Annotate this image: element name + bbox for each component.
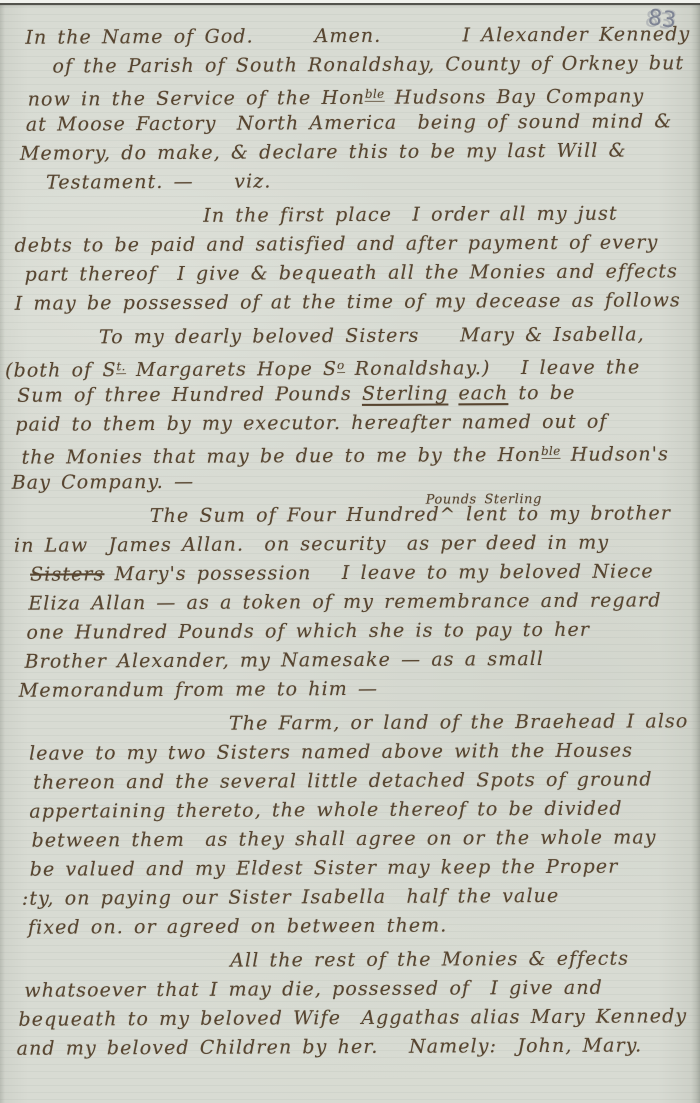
manuscript-body: In the Name of God. Amen. I Alexander Ke… — [0, 20, 700, 1069]
manuscript-line: one Hundred Pounds of which she is to pa… — [26, 615, 700, 648]
handwritten-text: appertaining thereto, the whole thereof … — [29, 798, 622, 823]
superscript-text: ble — [541, 444, 561, 459]
handwritten-text: be valued and my Eldest Sister may keep … — [30, 856, 619, 881]
paragraph: The Sum of Four HundredPounds Sterling^ … — [0, 499, 700, 706]
handwritten-text: Mary's possession I leave to my beloved … — [104, 560, 653, 585]
manuscript-line: leave to my two Sisters named above with… — [29, 736, 700, 769]
manuscript-line: :ty, on paying our Sister Isabella half … — [22, 881, 700, 914]
handwritten-text: fixed on. or agreed on between them. — [28, 914, 448, 938]
underlined-text: Sterling — [362, 382, 448, 404]
manuscript-line: All the rest of the Monies & effects — [230, 944, 700, 975]
manuscript-line: Memory, do make, & declare this to be my… — [20, 136, 698, 169]
handwritten-text: To my dearly beloved Sisters Mary & Isab… — [99, 323, 645, 348]
manuscript-line: Eliza Allan — as a token of my remembran… — [28, 586, 700, 619]
manuscript-line: part thereof I give & bequeath all the M… — [25, 257, 699, 290]
superscript-text: t. — [116, 359, 125, 374]
manuscript-line: in Law James Allan. on security as per d… — [14, 528, 700, 561]
handwritten-text: :ty, on paying our Sister Isabella half … — [22, 885, 560, 910]
handwritten-text: Hudson's — [561, 443, 669, 466]
page-number: 83 — [647, 5, 678, 33]
handwritten-text: leave to my two Sisters named above with… — [29, 740, 633, 765]
manuscript-line: now in the Service of the Honble Hudsons… — [28, 78, 698, 111]
handwritten-text: whatsoever that I may die, possessed of … — [24, 977, 603, 1002]
manuscript-line: Sisters Mary's possession I leave to my … — [30, 557, 700, 590]
handwritten-text: Testament. — viz. — [46, 170, 272, 193]
handwritten-text: Sum of three Hundred Pounds — [17, 383, 362, 407]
handwritten-text: In the Name of God. Amen. I Alexander Ke… — [25, 23, 690, 48]
manuscript-line: In the Name of God. Amen. I Alexander Ke… — [25, 20, 697, 53]
handwritten-text: in Law James Allan. on security as per d… — [14, 532, 609, 557]
inserted-text: Pounds Sterling — [426, 485, 542, 515]
handwritten-text: Memory, do make, & declare this to be my… — [20, 140, 627, 165]
manuscript-line: Brother Alexander, my Namesake — as a sm… — [25, 644, 700, 677]
handwritten-text: Memorandum from me to him — — [19, 678, 378, 702]
manuscript-line: fixed on. or agreed on between them. — [28, 910, 700, 943]
manuscript-line: thereon and the several little detached … — [33, 765, 700, 797]
handwritten-text: between them as they shall agree on or t… — [31, 826, 656, 851]
manuscript-line: debts to be paid and satisfied and after… — [14, 228, 698, 261]
handwritten-text: All the rest of the Monies & effects — [230, 948, 629, 972]
handwritten-text: Bay Company. — — [12, 471, 195, 494]
handwritten-text: Ronaldshay.) I leave the — [345, 356, 641, 380]
manuscript-line: between them as they shall agree on or t… — [31, 823, 700, 856]
manuscript-line: the Monies that may be due to me by the … — [21, 436, 699, 469]
manuscript-line: and my beloved Children by her. Namely: … — [17, 1031, 700, 1064]
handwritten-text: Hudsons Bay Company — [384, 85, 644, 108]
handwritten-text: one Hundred Pounds of which she is to pa… — [26, 619, 590, 644]
document-scan: 83 In the Name of God. Amen. I Alexander… — [0, 0, 700, 1103]
paragraph: In the Name of God. Amen. I Alexander Ke… — [0, 20, 698, 198]
struck-text: Sisters — [30, 563, 104, 585]
handwritten-text: part thereof I give & bequeath all the M… — [25, 260, 678, 285]
manuscript-line: The Sum of Four HundredPounds Sterling^ … — [150, 499, 700, 531]
handwritten-text: of the Parish of South Ronaldshay, Count… — [52, 52, 684, 77]
underlined-text: each — [458, 382, 508, 404]
handwritten-text: Brother Alexander, my Namesake — as a sm… — [25, 648, 545, 673]
handwritten-text: thereon and the several little detached … — [33, 768, 653, 793]
handwritten-text: The Farm, or land of the Braehead I also — [229, 710, 689, 734]
handwritten-text: Eliza Allan — as a token of my remembran… — [28, 589, 661, 614]
manuscript-line: at Moose Factory North America being of … — [26, 107, 698, 140]
manuscript-line: The Farm, or land of the Braehead I also — [229, 707, 700, 738]
superscript-text: ble — [365, 87, 385, 102]
handwritten-text: paid to them by my executor. hereafter n… — [15, 411, 607, 436]
handwritten-text: to be — [508, 382, 575, 404]
paragraph: All the rest of the Monies & effectswhat… — [2, 944, 700, 1064]
handwritten-text: I may be possessed of at the time of my … — [15, 289, 681, 314]
manuscript-line: Testament. — viz. — [46, 165, 698, 197]
superscript-text: o — [337, 358, 345, 373]
handwritten-text: now in the Service of the Hon — [28, 87, 366, 111]
manuscript-line: bequeath to my beloved Wife Aggathas ali… — [18, 1002, 700, 1035]
manuscript-line: whatsoever that I may die, possessed of … — [24, 973, 700, 1006]
handwritten-text: (both of S — [5, 359, 117, 382]
handwritten-text: Margarets Hope S — [126, 358, 337, 381]
paragraph: The Farm, or land of the Braehead I also… — [1, 707, 700, 943]
manuscript-line: To my dearly beloved Sisters Mary & Isab… — [99, 320, 699, 352]
manuscript-line: of the Parish of South Ronaldshay, Count… — [52, 49, 697, 81]
manuscript-line: Memorandum from me to him — — [19, 673, 700, 706]
handwritten-text: the Monies that may be due to me by the … — [21, 444, 541, 469]
handwritten-text: and my beloved Children by her. Namely: … — [17, 1034, 643, 1059]
handwritten-text: debts to be paid and satisfied and after… — [14, 231, 658, 256]
handwritten-text: at Moose Factory North America being of … — [26, 110, 673, 135]
manuscript-line: Sum of three Hundred Pounds Sterling eac… — [17, 378, 699, 411]
paragraph: To my dearly beloved Sisters Mary & Isab… — [0, 320, 700, 498]
manuscript-line: (both of St. Margarets Hope So Ronaldsha… — [5, 349, 699, 382]
page-left-edge — [0, 0, 5, 1103]
handwritten-text — [448, 382, 458, 404]
manuscript-line: be valued and my Eldest Sister may keep … — [30, 852, 700, 885]
page-right-edge — [691, 0, 700, 1103]
manuscript-line: Bay Company. — — [12, 465, 700, 498]
manuscript-line: appertaining thereto, the whole thereof … — [29, 794, 700, 827]
manuscript-line: I may be possessed of at the time of my … — [15, 286, 699, 319]
interlinear-insertion: Pounds Sterling^ — [440, 503, 456, 525]
handwritten-text: bequeath to my beloved Wife Aggathas ali… — [18, 1005, 687, 1031]
handwritten-text: In the first place I order all my just — [203, 203, 618, 227]
paragraph: In the first place I order all my justde… — [0, 199, 699, 319]
manuscript-line: In the first place I order all my just — [203, 199, 698, 231]
handwritten-text: The Sum of Four Hundred — [150, 504, 440, 528]
manuscript-line: paid to them by my executor. hereafter n… — [15, 407, 699, 440]
page-top-edge — [0, 0, 700, 7]
